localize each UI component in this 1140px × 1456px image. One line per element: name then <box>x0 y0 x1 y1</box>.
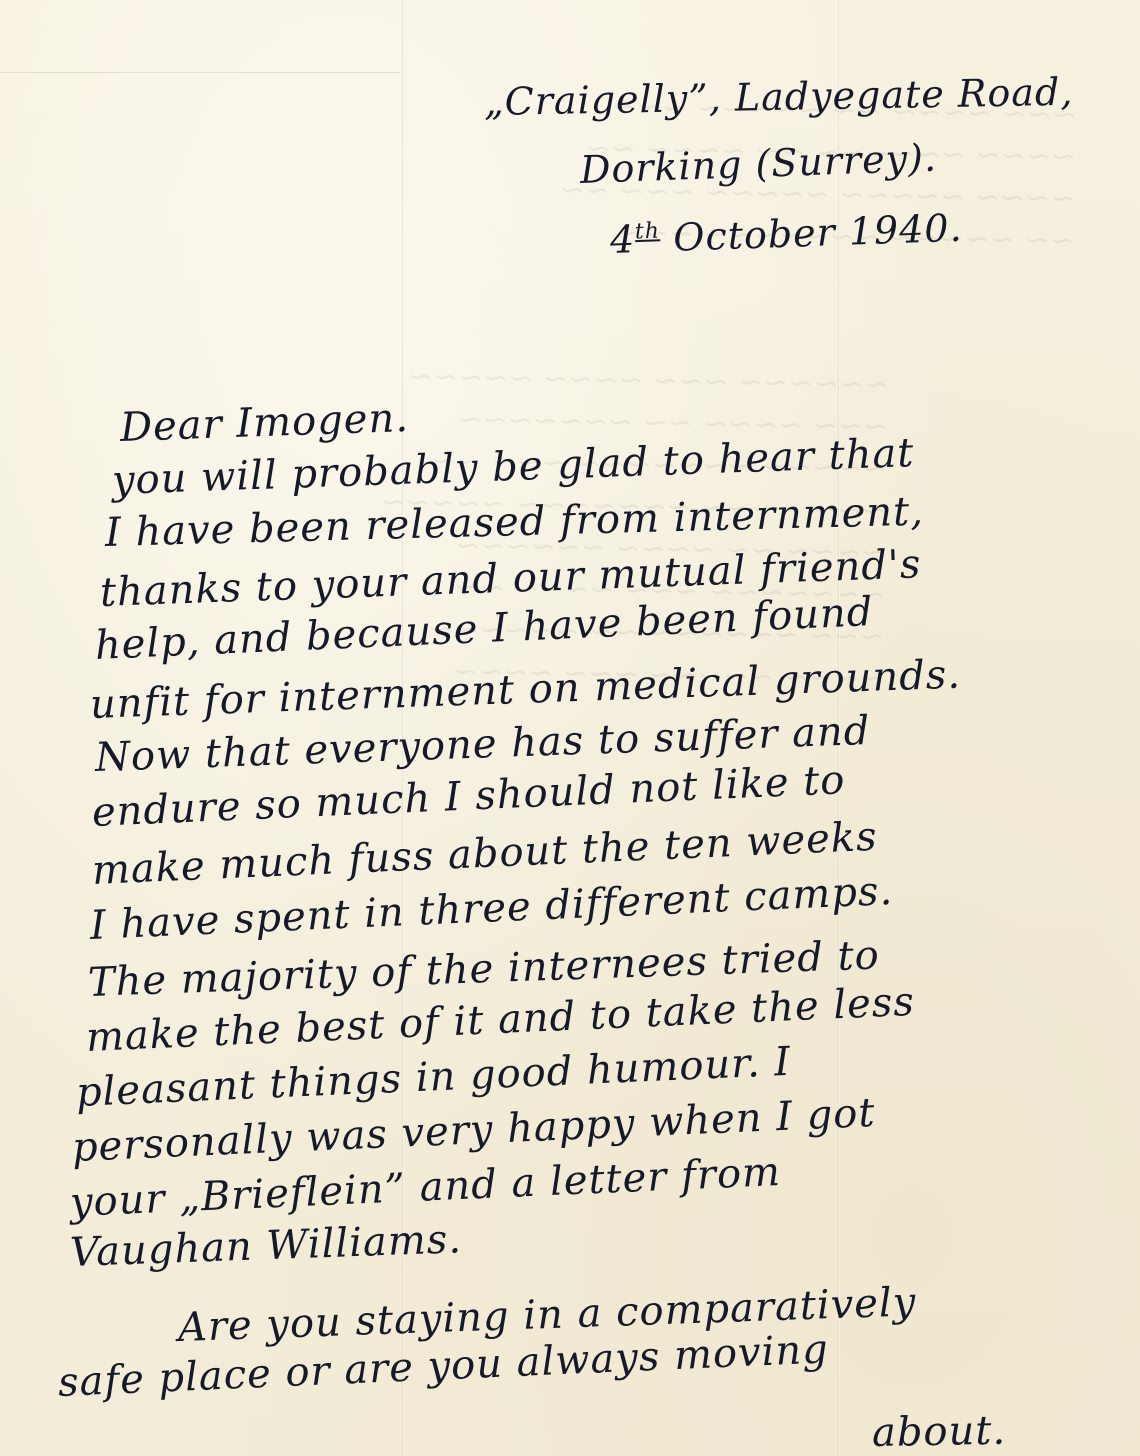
date-day: 4 <box>609 217 636 262</box>
address-line-1: „Craigelly”, Ladyegate Road, <box>484 70 1074 124</box>
salutation: Dear Imogen. <box>119 395 409 451</box>
date-rest: October 1940. <box>672 206 963 260</box>
date-suffix: th <box>634 219 660 245</box>
letter-page: ~~~ ~~~~ ~~ ~~~~~ ~~~ ~~~~ ~~~~~~ ~~ ~~~… <box>0 0 1140 1456</box>
address-line-2: Dorking (Surrey). <box>579 136 937 192</box>
date-line: 4th October 1940. <box>609 206 963 262</box>
closing-line: about. <box>872 1408 1007 1456</box>
horizontal-fold <box>0 72 400 73</box>
